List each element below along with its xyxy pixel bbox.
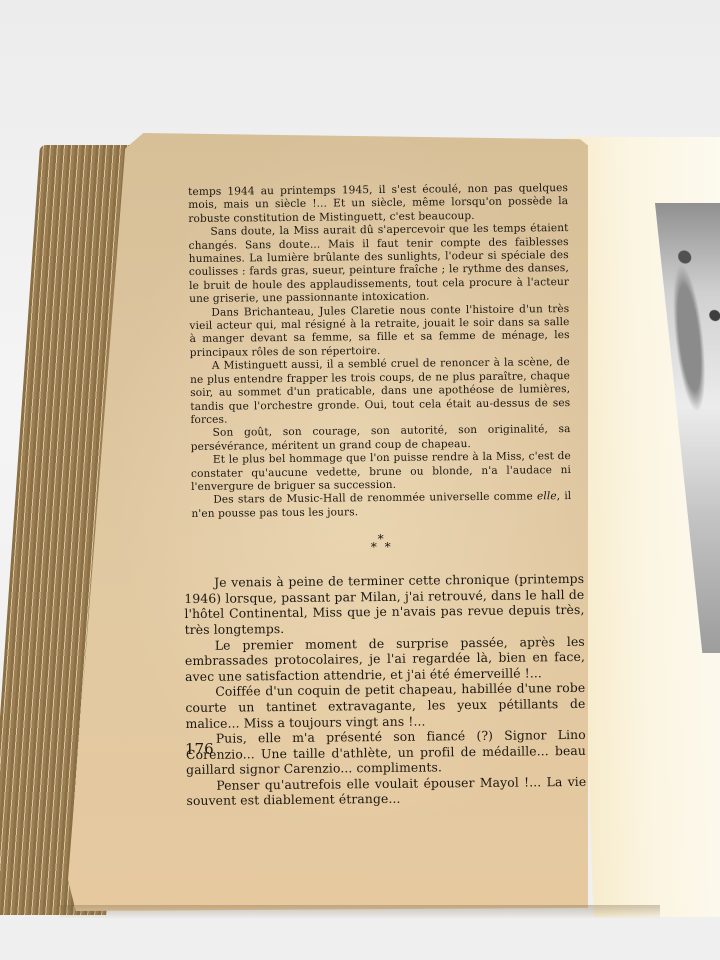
- section-divider-asterism: * * *: [192, 533, 572, 553]
- paragraph: temps 1944 au printemps 1945, il s'est é…: [188, 182, 568, 226]
- paragraph: Coiffée d'un coquin de petit chapeau, ha…: [185, 680, 585, 731]
- paragraph: Le premier moment de surprise passée, ap…: [185, 633, 585, 684]
- paragraph: Et le plus bel hommage que l'on puisse r…: [191, 450, 571, 494]
- paragraph: Sans doute, la Miss aurait dû s'apercevo…: [188, 222, 569, 306]
- text-run: Des stars de Music-Hall de renommée univ…: [213, 491, 537, 506]
- paragraph: Des stars de Music-Hall de renommée univ…: [191, 490, 571, 521]
- paragraph: Je venais à peine de terminer cette chro…: [184, 571, 585, 638]
- section-1: temps 1944 au printemps 1945, il s'est é…: [188, 182, 571, 521]
- section-2: Je venais à peine de terminer cette chro…: [184, 571, 586, 809]
- page-text: temps 1944 au printemps 1945, il s'est é…: [188, 182, 575, 809]
- italic-word: elle: [537, 491, 557, 503]
- page-number: 176: [185, 740, 214, 758]
- paragraph: Penser qu'autrefois elle voulait épouser…: [186, 774, 586, 809]
- paragraph: A Mistinguett aussi, il a semblé cruel d…: [190, 356, 571, 427]
- paragraph: Dans Brichanteau, Jules Claretie nous co…: [189, 303, 570, 361]
- page-shadow: [60, 905, 660, 919]
- paragraph: Son goût, son courage, son autorité, son…: [191, 423, 571, 454]
- paragraph: Puis, elle m'a présenté son fiancé (?) S…: [186, 727, 586, 778]
